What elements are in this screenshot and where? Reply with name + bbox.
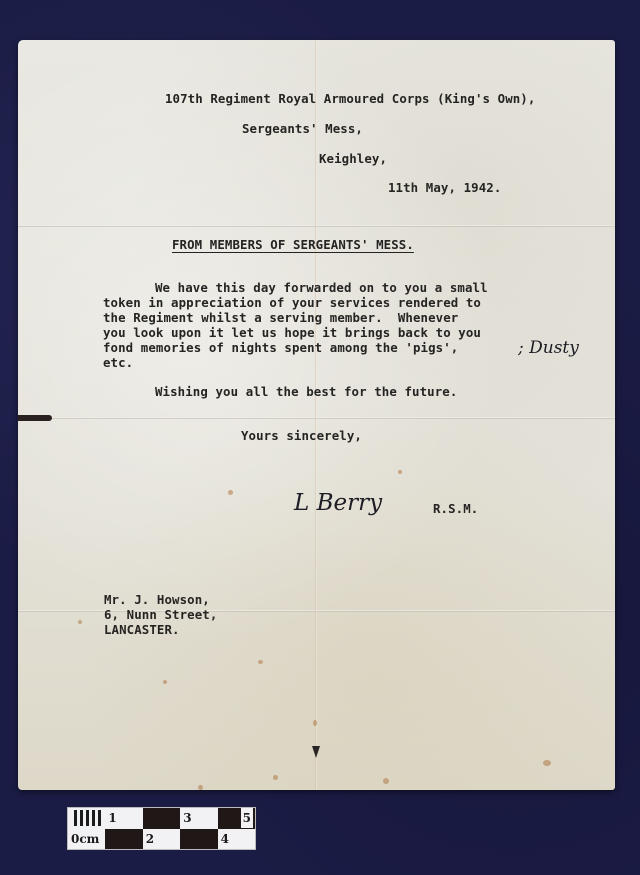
signatory-title: R.S.M. [433,501,478,517]
mm-ticks [71,808,105,828]
stain-spot [398,470,402,474]
stain-spot [383,778,389,784]
body-line: We have this day forwarded on to you a s… [155,280,488,296]
stain-spot [543,760,551,766]
letter-heading: FROM MEMBERS OF SERGEANTS' MESS. [172,237,414,253]
body-line: fond memories of nights spent among the … [103,340,458,356]
body-line: you look upon it let us hope it brings b… [103,325,481,341]
scale-cell: 4 [218,829,255,850]
recipient-street: 6, Nunn Street, [104,607,217,623]
stain-spot [163,680,167,684]
scale-bar: 1 3 5 0cm 2 4 [67,807,256,850]
stain-spot [78,620,82,624]
recipient-city: LANCASTER. [104,622,180,638]
closing-wish: Wishing you all the best for the future. [155,384,457,400]
letter-date: 11th May, 1942. [388,180,501,196]
scale-cell [143,808,180,829]
recipient-name: Mr. J. Howson, [104,592,210,608]
stain-spot [198,785,203,790]
scale-cell [180,829,217,850]
scale-cell [105,829,142,850]
body-line: etc. [103,355,133,371]
header-town: Keighley, [319,151,387,167]
stain-spot [273,775,278,780]
valediction: Yours sincerely, [241,428,362,444]
fold-line-vertical [315,40,317,790]
signature: L Berry [294,490,382,516]
stain-spot [313,720,317,726]
scale-label-5: 5 [241,808,253,828]
scale-cell: 1 [105,808,142,829]
scale-cell: 0cm [68,829,105,850]
stain-spot [228,490,233,495]
scale-cell-ticks [68,808,105,829]
scale-cell: 3 [180,808,217,829]
bottom-notch [312,746,320,758]
letter-paper [18,40,615,790]
scale-cell: 5 [218,808,255,829]
body-line: token in appreciation of your services r… [103,295,481,311]
stain-spot [258,660,263,664]
scale-cell: 2 [143,829,180,850]
header-department: Sergeants' Mess, [242,121,363,137]
handwritten-insert: ; Dusty [518,338,579,358]
body-line: the Regiment whilst a serving member. Wh… [103,310,458,326]
edge-tear [18,415,52,421]
header-organisation: 107th Regiment Royal Armoured Corps (Kin… [165,91,535,107]
